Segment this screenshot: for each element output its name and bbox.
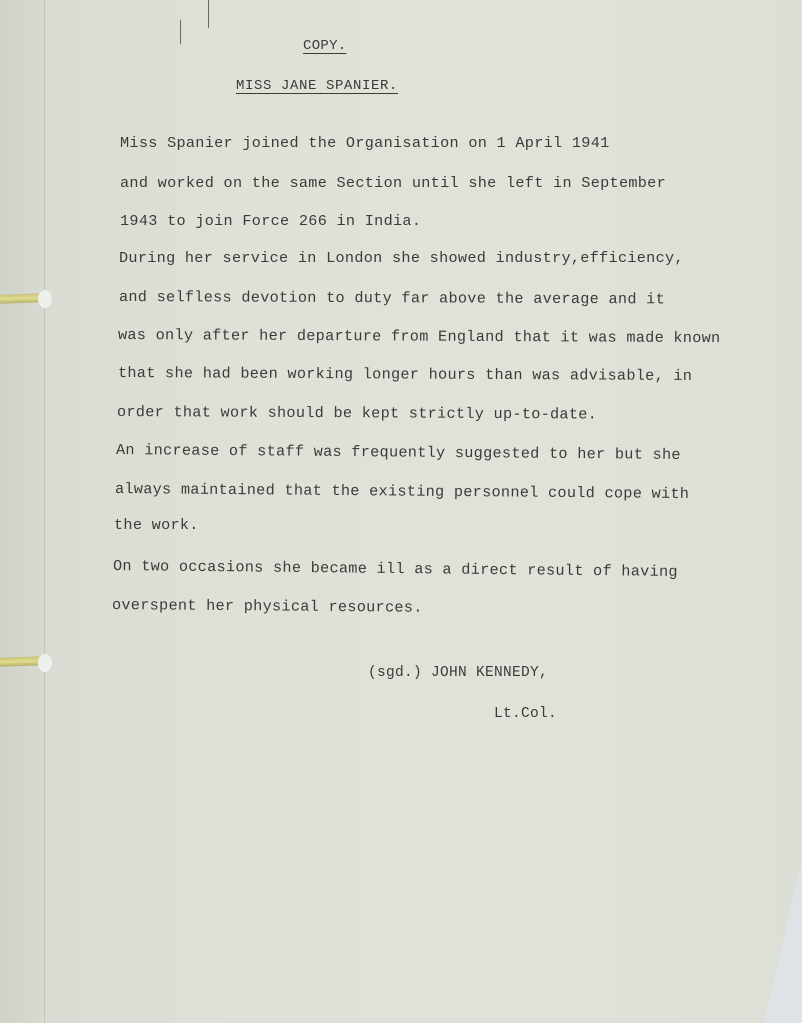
margin-mark — [180, 20, 181, 44]
body-line: and worked on the same Section until she… — [120, 174, 666, 192]
punch-hole-bottom — [38, 654, 52, 672]
body-line: always maintained that the existing pers… — [115, 480, 689, 503]
body-line: overspent her physical resources. — [112, 596, 423, 617]
body-line: 1943 to join Force 266 in India. — [120, 212, 421, 230]
binding-margin — [0, 0, 45, 1023]
body-line: order that work should be kept strictly … — [117, 403, 597, 424]
signature-rank: Lt.Col. — [494, 706, 557, 722]
body-line: was only after her departure from Englan… — [118, 326, 721, 347]
body-line: During her service in London she showed … — [119, 249, 684, 267]
body-line: An increase of staff was frequently sugg… — [116, 441, 681, 464]
document-subject: MISS JANE SPANIER. — [236, 78, 398, 94]
body-line: that she had been working longer hours t… — [118, 364, 692, 385]
body-line: the work. — [114, 516, 199, 534]
body-line: On two occasions she became ill as a dir… — [113, 557, 678, 581]
binding-string-top — [0, 293, 42, 303]
punch-hole-top — [38, 290, 52, 308]
document-heading: COPY. — [303, 38, 347, 54]
binding-string-bottom — [0, 656, 42, 666]
signature-line: (sgd.) JOHN KENNEDY, — [368, 665, 548, 681]
body-line: and selfless devotion to duty far above … — [119, 288, 665, 308]
margin-mark — [208, 0, 209, 28]
page-edge-shadow — [762, 860, 802, 1023]
document-page: COPY. MISS JANE SPANIER. Miss Spanier jo… — [0, 0, 802, 1023]
body-line: Miss Spanier joined the Organisation on … — [120, 134, 610, 152]
